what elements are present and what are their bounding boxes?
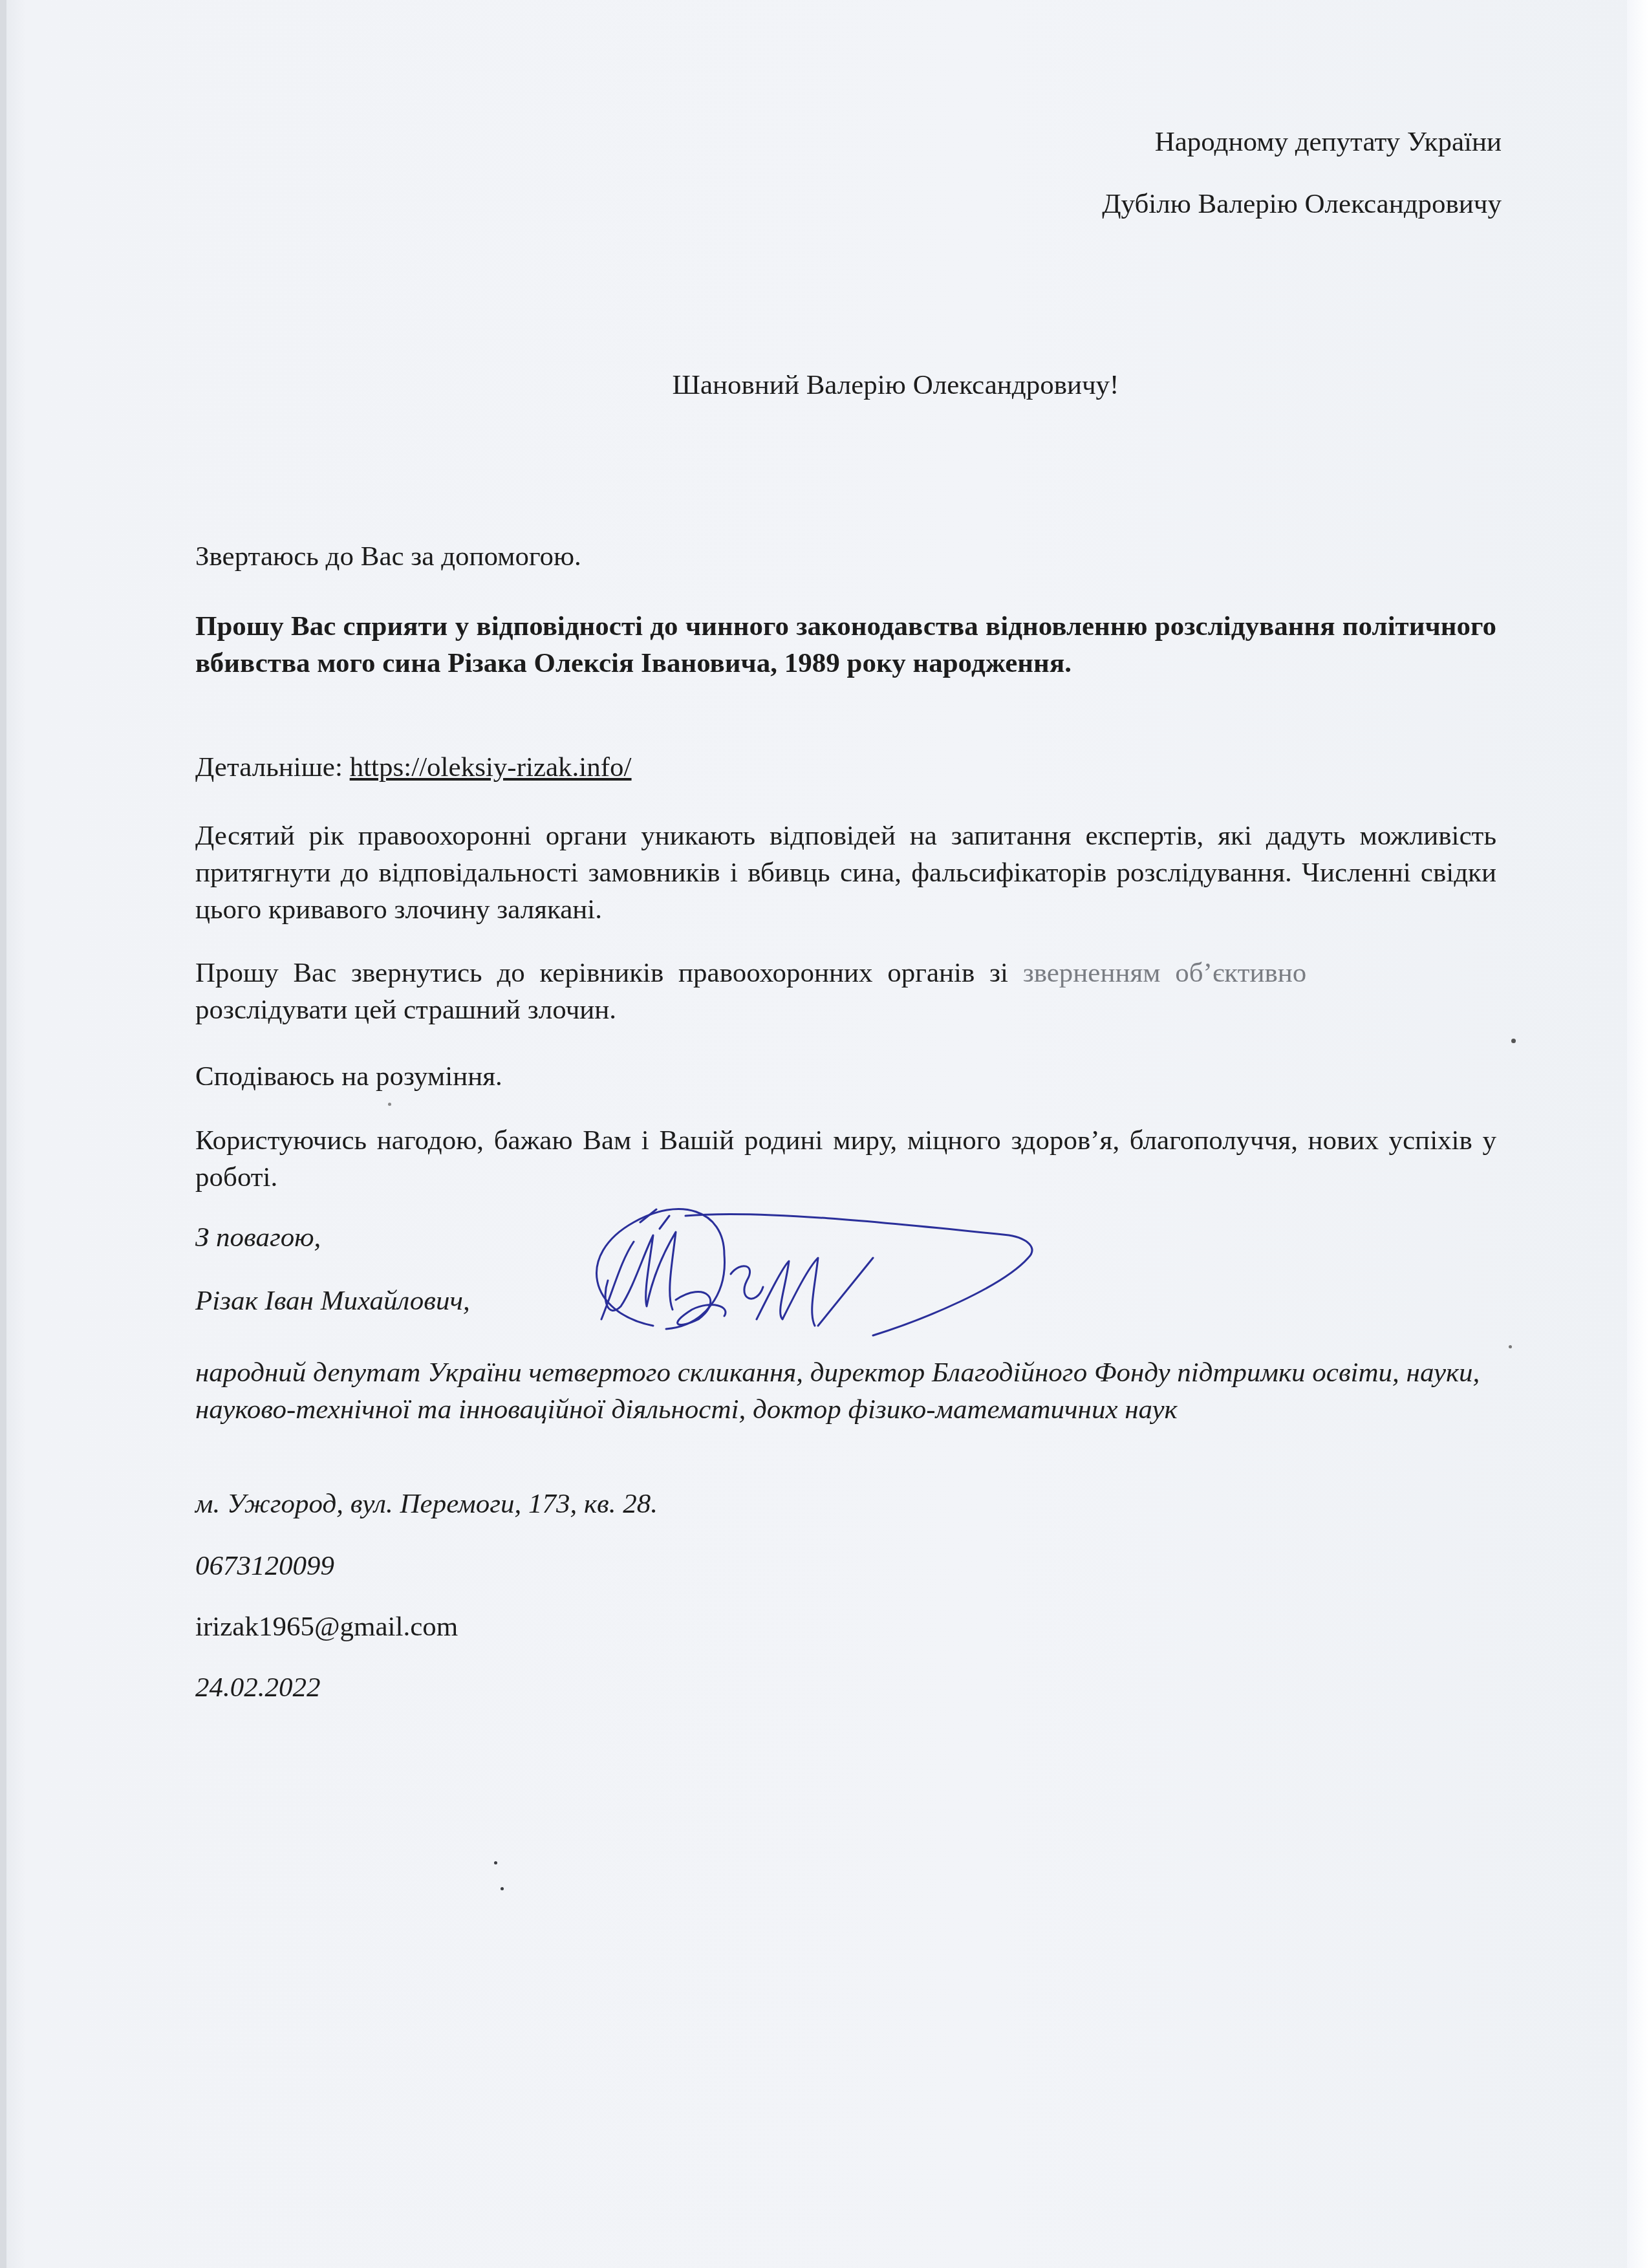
second-request-faint-text: зверненням об’єктивно xyxy=(1023,958,1307,988)
details-link[interactable]: https://oleksiy-rizak.info/ xyxy=(350,752,632,783)
details-label: Детальніше: xyxy=(195,752,350,783)
page-left-edge xyxy=(0,0,6,2268)
signature-icon xyxy=(563,1196,1119,1345)
scan-speck xyxy=(494,1861,497,1864)
intro-paragraph: Звертаюсь до Вас за допомогою. xyxy=(195,538,1496,576)
email-text[interactable]: irizak1965@gmail.com xyxy=(195,1610,458,1644)
recipient-line-2: Дубілю Валерію Олександровичу xyxy=(1102,188,1502,221)
scan-speck xyxy=(501,1887,504,1890)
scan-speck xyxy=(1509,1345,1512,1348)
signer-name: Різак Іван Михайлович, xyxy=(195,1284,470,1318)
page-right-edge xyxy=(1627,0,1649,2268)
address-text: м. Ужгород, вул. Перемоги, 173, кв. 28. xyxy=(195,1487,658,1521)
phone-text: 0673120099 xyxy=(195,1550,334,1583)
second-request-paragraph: Прошу Вас звернутись до керівників право… xyxy=(195,955,1496,1028)
hope-paragraph: Сподіваюсь на розуміння. xyxy=(195,1058,1496,1096)
second-request-text: Прошу Вас звернутись до керівників право… xyxy=(195,958,1023,988)
decade-paragraph: Десятий рік правоохоронні органи уникают… xyxy=(195,817,1496,928)
details-paragraph: Детальніше: https://oleksiy-rizak.info/ xyxy=(195,749,1496,786)
request-paragraph: Прошу Вас сприяти у відповідності до чин… xyxy=(195,608,1496,682)
scan-speck xyxy=(1511,1039,1516,1043)
regards-text: З повагою, xyxy=(195,1221,321,1255)
scan-speck xyxy=(388,1103,391,1106)
wishes-paragraph: Користуючись нагодою, бажаю Вам і Вашій … xyxy=(195,1122,1496,1196)
date-text: 24.02.2022 xyxy=(195,1671,321,1705)
scanned-letter-page: Народному депутату України Дубілю Валері… xyxy=(0,0,1649,2268)
salutation: Шановний Валерію Олександровичу! xyxy=(0,369,1649,402)
second-request-end: розслідувати цей страшний злочин. xyxy=(195,995,616,1025)
recipient-line-1: Народному депутату України xyxy=(1155,125,1502,159)
credentials-paragraph: народний депутат України четвертого скли… xyxy=(195,1354,1496,1428)
